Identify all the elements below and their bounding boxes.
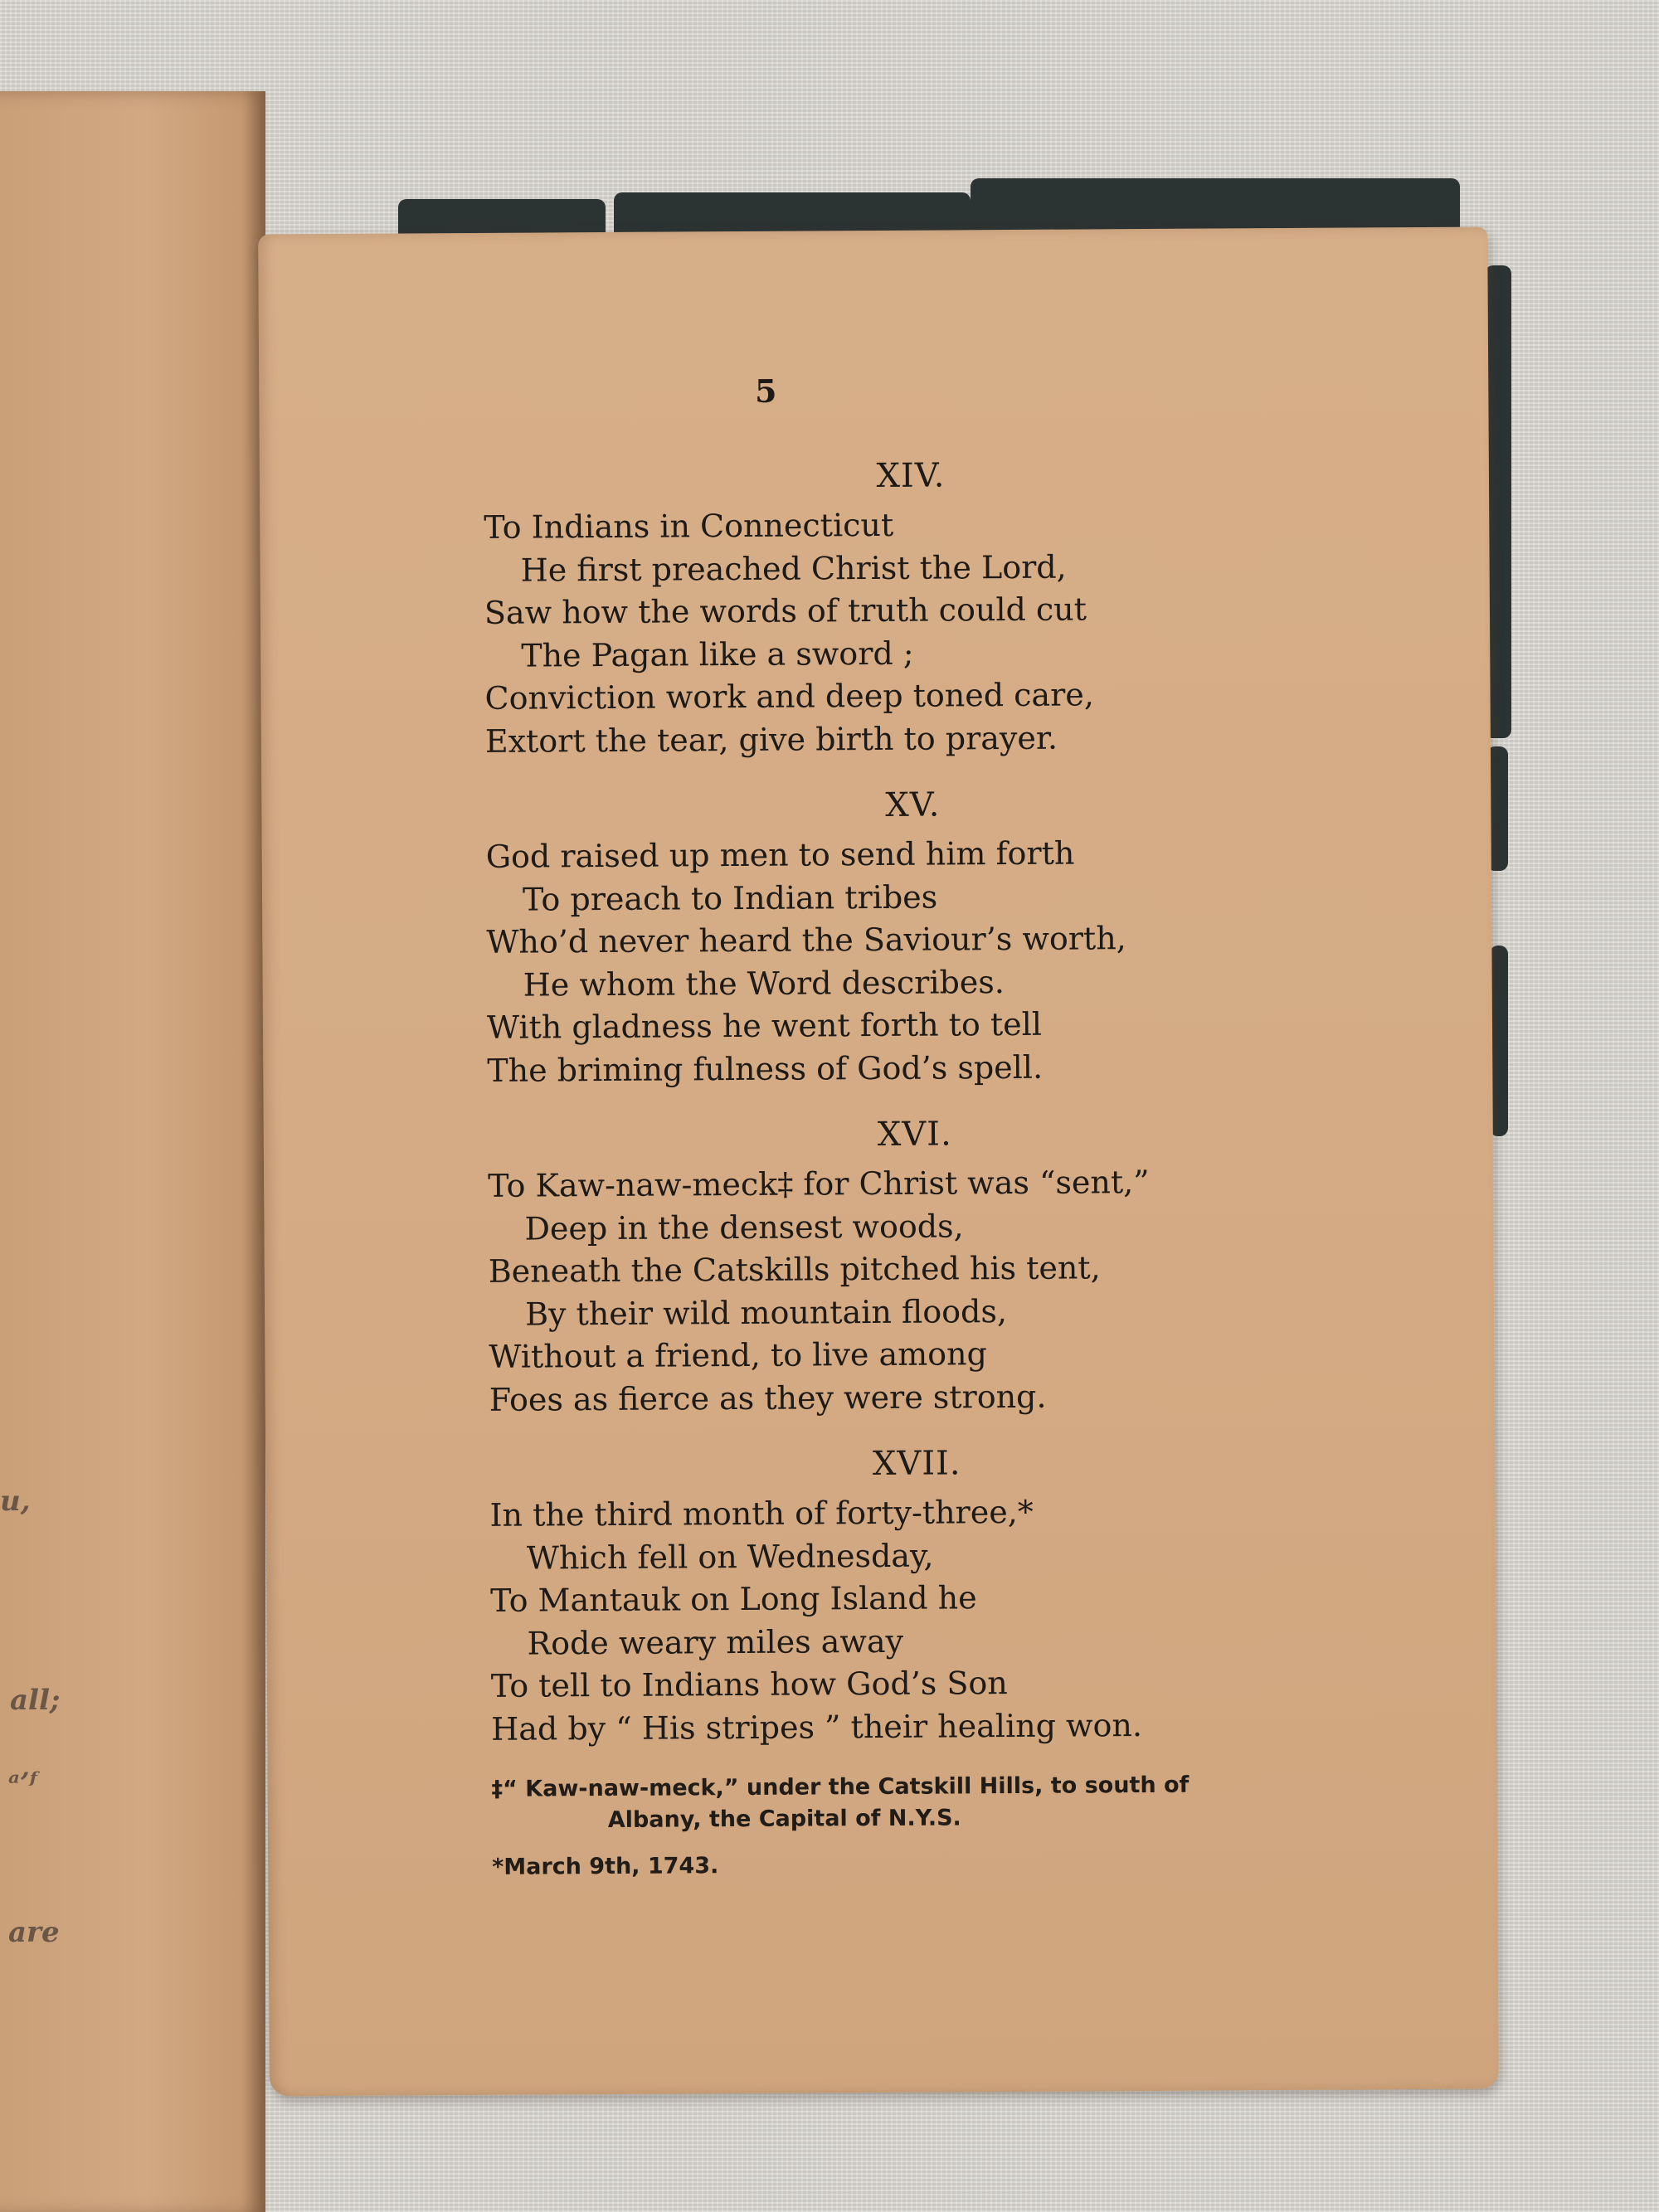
verse-line: To tell to Indians how God’s Son xyxy=(491,1660,1445,1709)
stanza-number: XV. xyxy=(386,780,1439,830)
verse-line: Had by “ His stripes ” their healing won… xyxy=(491,1702,1445,1751)
footnote-kawnawmeck-continued: Albany, the Capital of N.Y.S. xyxy=(492,1800,1446,1837)
verse-line: He first preached Christ the Lord, xyxy=(484,543,1438,592)
verse-line: To preach to Indian tribes xyxy=(486,873,1440,921)
verse-line: Saw how the words of truth could cut xyxy=(484,586,1438,635)
left-page-text-fragment: are xyxy=(8,1916,60,1949)
left-page-text-fragment: all; xyxy=(10,1684,60,1717)
stanza: XV. God raised up men to send him forth … xyxy=(485,780,1441,1092)
verse-line: Extort the tear, give birth to prayer. xyxy=(485,714,1439,763)
verse-line: Deep in the densest woods, xyxy=(488,1202,1442,1251)
left-page-text-fragment: u, xyxy=(0,1485,31,1518)
page-number: 5 xyxy=(151,368,1380,413)
verse-line: God raised up men to send him forth xyxy=(486,830,1440,879)
left-page-text-fragment: ᵃ’ᶠ xyxy=(8,1767,37,1800)
verse-line: To Mantauk on Long Island he xyxy=(490,1574,1444,1623)
stanza-number: XVI. xyxy=(388,1110,1442,1159)
verse-line: To Kaw-naw-meck‡ for Christ was “sent,” xyxy=(488,1159,1442,1208)
footnotes: ‡“ Kaw-naw-meck,” under the Catskill Hil… xyxy=(492,1768,1447,1884)
book-page: 5 XIV. To Indians in Connecticut He firs… xyxy=(258,226,1499,2096)
verse-line: With gladness he went forth to tell xyxy=(487,1001,1441,1050)
stanza-number: XIV. xyxy=(384,451,1438,501)
verse-line: Foes as fierce as they were strong. xyxy=(489,1373,1443,1422)
verse-line: Which fell on Wednesday, xyxy=(490,1531,1444,1580)
verse-line: Beneath the Catskills pitched his tent, xyxy=(489,1245,1443,1294)
verse-line: Who’d never heard the Saviour’s worth, xyxy=(486,916,1440,965)
verse-line: He whom the Word describes. xyxy=(487,958,1441,1007)
stanza-number: XVII. xyxy=(390,1439,1443,1489)
verse-line: Without a friend, to live among xyxy=(489,1330,1443,1379)
verse-line: Rode weary miles away xyxy=(490,1616,1444,1665)
stanza: XVI. To Kaw-naw-meck‡ for Christ was “se… xyxy=(488,1110,1443,1422)
verse-line: By their wild mountain floods, xyxy=(489,1287,1443,1336)
verse-line: To Indians in Connecticut xyxy=(484,501,1438,550)
stanza: XIV. To Indians in Connecticut He first … xyxy=(484,451,1439,763)
verse-line: Conviction work and deep toned care, xyxy=(484,672,1438,721)
footnote-date: *March 9th, 1743. xyxy=(492,1846,1446,1884)
verse-line: The Pagan like a sword ; xyxy=(484,629,1438,678)
stanza: XVII. In the third month of forty-three,… xyxy=(489,1439,1445,1751)
verse-line: The briming fulness of God’s spell. xyxy=(487,1043,1441,1092)
verse-line: In the third month of forty-three,* xyxy=(489,1489,1443,1538)
poem-body: XIV. To Indians in Connecticut He first … xyxy=(484,451,1446,1884)
